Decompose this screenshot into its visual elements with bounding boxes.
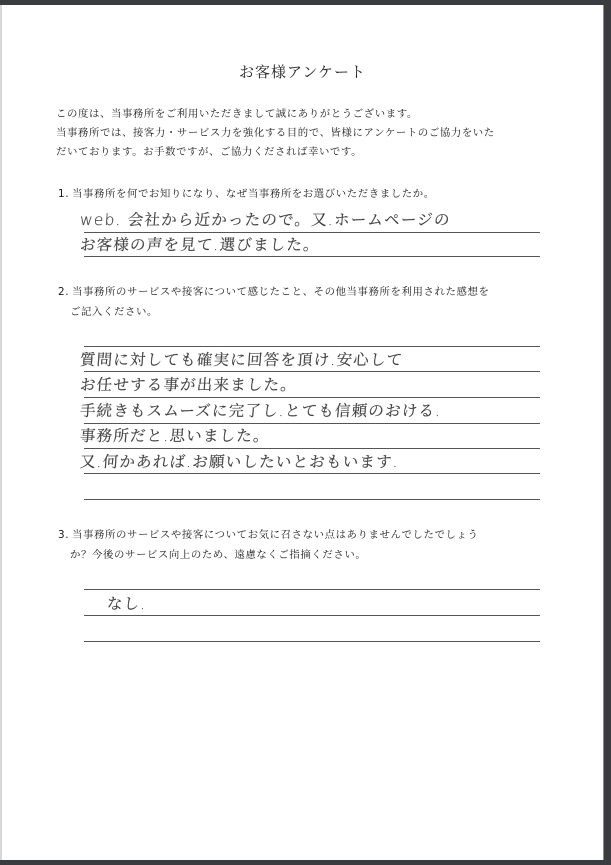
answer-2-line-4: 事務所だと.思いました。 xyxy=(79,424,270,446)
answer-2-line-2: お任せする事が出来ました。 xyxy=(79,373,298,395)
intro-paragraph: この度は、当事務所をご利用いただきまして誠にありがとうございます。 当事務所では… xyxy=(56,105,556,162)
answer-rule xyxy=(84,473,540,474)
answer-rule xyxy=(84,615,540,616)
question-number: 2. xyxy=(58,283,72,303)
answer-rule xyxy=(84,499,540,500)
answer-rule xyxy=(84,641,540,642)
answer-rule xyxy=(84,346,540,347)
question-number: 1. xyxy=(58,185,72,205)
question-text: 当事務所のサービスや接客についてお気に召さない点はありませんでしたでしょう xyxy=(72,529,478,541)
intro-line: だいております。お手数ですが、ご協力くだされば幸いです。 xyxy=(56,143,556,162)
answer-1-line-2: お客様の声を見て.選びました。 xyxy=(79,233,320,255)
document-viewer: お客様アンケート この度は、当事務所をご利用いただきまして誠にありがとうございま… xyxy=(0,0,611,865)
answer-rule xyxy=(84,589,540,590)
answer-rule xyxy=(84,256,540,257)
question-text: 当事務所を何でお知りになり、なぜ当事務所をお選びいただきましたか。 xyxy=(72,188,435,200)
answer-3-line-1: なし. xyxy=(106,592,147,614)
answer-1-line-1: web. 会社から近かったので。又.ホームページの xyxy=(79,208,451,230)
intro-line: この度は、当事務所をご利用いただきまして誠にありがとうございます。 xyxy=(56,105,556,124)
answer-rule xyxy=(84,371,540,372)
question-2: 2.当事務所のサービスや接客について感じたこと、その他当事務所を利用された感想を… xyxy=(58,283,558,322)
page-title: お客様アンケート xyxy=(2,61,603,82)
question-number: 3. xyxy=(58,526,72,546)
question-text-continued: ご記入ください。 xyxy=(58,303,558,323)
survey-page: お客様アンケート この度は、当事務所をご利用いただきまして誠にありがとうございま… xyxy=(0,5,603,860)
answer-2-line-5: 又.何かあれば.お願いしたいとおもいます. xyxy=(79,450,400,472)
question-1: 1.当事務所を何でお知りになり、なぜ当事務所をお選びいただきましたか。 xyxy=(58,185,558,205)
answer-rule xyxy=(84,397,540,398)
answer-2-line-3: 手続きもスムーズに完了し.とても信頼のおける. xyxy=(79,399,442,421)
intro-line: 当事務所では、接客力・サービス力を強化する目的で、皆様にアンケートのご協力をいた xyxy=(56,124,556,143)
question-text: 当事務所のサービスや接客について感じたこと、その他当事務所を利用された感想を xyxy=(72,286,489,298)
answer-2-line-1: 質問に対しても確実に回答を頂け.安心して xyxy=(79,348,404,370)
question-text-continued: か？今後のサービス向上のため、遠慮なくご指摘ください。 xyxy=(58,546,558,566)
answer-rule xyxy=(84,448,540,449)
question-3: 3.当事務所のサービスや接客についてお気に召さない点はありませんでしたでしょう … xyxy=(58,526,558,565)
